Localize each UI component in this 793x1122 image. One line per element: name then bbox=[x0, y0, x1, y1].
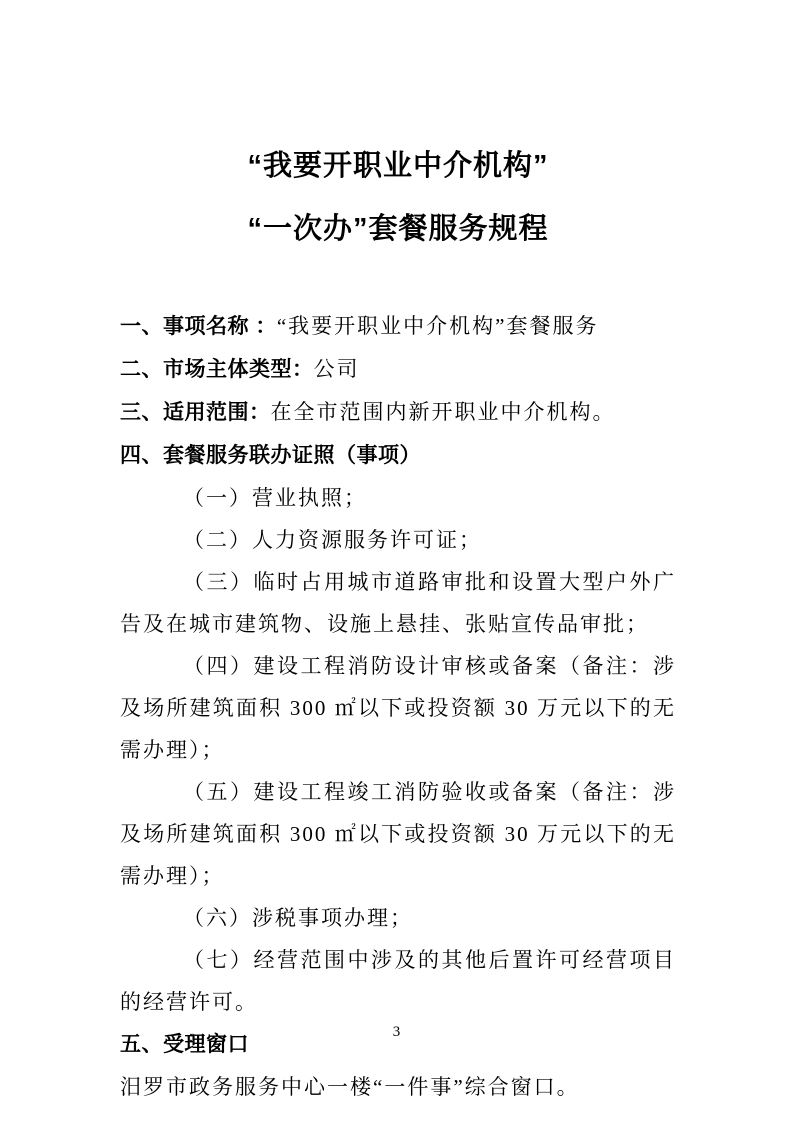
document-body: 一、事项名称 ：“我要开职业中介机构”套餐服务 二、市场主体类型：公司 三、适用… bbox=[120, 305, 676, 1108]
section-3-scope: 三、适用范围：在全市范围内新开职业中介机构。 bbox=[120, 391, 676, 434]
section-2-text: 公司 bbox=[314, 357, 360, 381]
list-item-6: （六）涉税事项办理； bbox=[120, 897, 676, 939]
section-1-item-name: 一、事项名称 ：“我要开职业中介机构”套餐服务 bbox=[120, 305, 676, 348]
page-number: 3 bbox=[0, 1022, 793, 1042]
section-2-entity-type: 二、市场主体类型：公司 bbox=[120, 348, 676, 391]
section-3-text: 在全市范围内新开职业中介机构。 bbox=[271, 400, 616, 424]
list-item-1: （一）营业执照； bbox=[120, 477, 676, 519]
section-4-heading: 四、套餐服务联办证照（事项） bbox=[120, 434, 676, 477]
section-2-label: 二、市场主体类型： bbox=[120, 358, 314, 381]
document-page: “我要开职业中介机构” “一次办”套餐服务规程 一、事项名称 ：“我要开职业中介… bbox=[0, 0, 793, 1122]
section-1-text: “我要开职业中介机构”套餐服务 bbox=[277, 314, 599, 338]
list-item-7: （七）经营范围中涉及的其他后置许可经营项目的经营许可。 bbox=[120, 939, 676, 1023]
document-title: “我要开职业中介机构” “一次办”套餐服务规程 bbox=[120, 135, 676, 261]
list-item-4: （四）建设工程消防设计审核或备案（备注：涉及场所建筑面积 300 ㎡以下或投资额… bbox=[120, 645, 676, 771]
section-1-label: 一、事项名称 ： bbox=[120, 315, 277, 338]
document-title-line2: “一次办”套餐服务规程 bbox=[120, 198, 676, 261]
list-item-2: （二）人力资源服务许可证； bbox=[120, 519, 676, 561]
list-item-3: （三）临时占用城市道路审批和设置大型户外广告及在城市建筑物、设施上悬挂、张贴宣传… bbox=[120, 561, 676, 645]
section-5-window-location: 汨罗市政务服务中心一楼“一件事”综合窗口。 bbox=[120, 1066, 676, 1108]
section-4-label: 四、套餐服务联办证照（事项） bbox=[120, 444, 421, 467]
list-item-5: （五）建设工程竣工消防验收或备案（备注：涉及场所建筑面积 300 ㎡以下或投资额… bbox=[120, 771, 676, 897]
document-content: “我要开职业中介机构” “一次办”套餐服务规程 一、事项名称 ：“我要开职业中介… bbox=[120, 0, 676, 1108]
document-title-line1: “我要开职业中介机构” bbox=[120, 135, 676, 198]
section-3-label: 三、适用范围： bbox=[120, 401, 271, 424]
